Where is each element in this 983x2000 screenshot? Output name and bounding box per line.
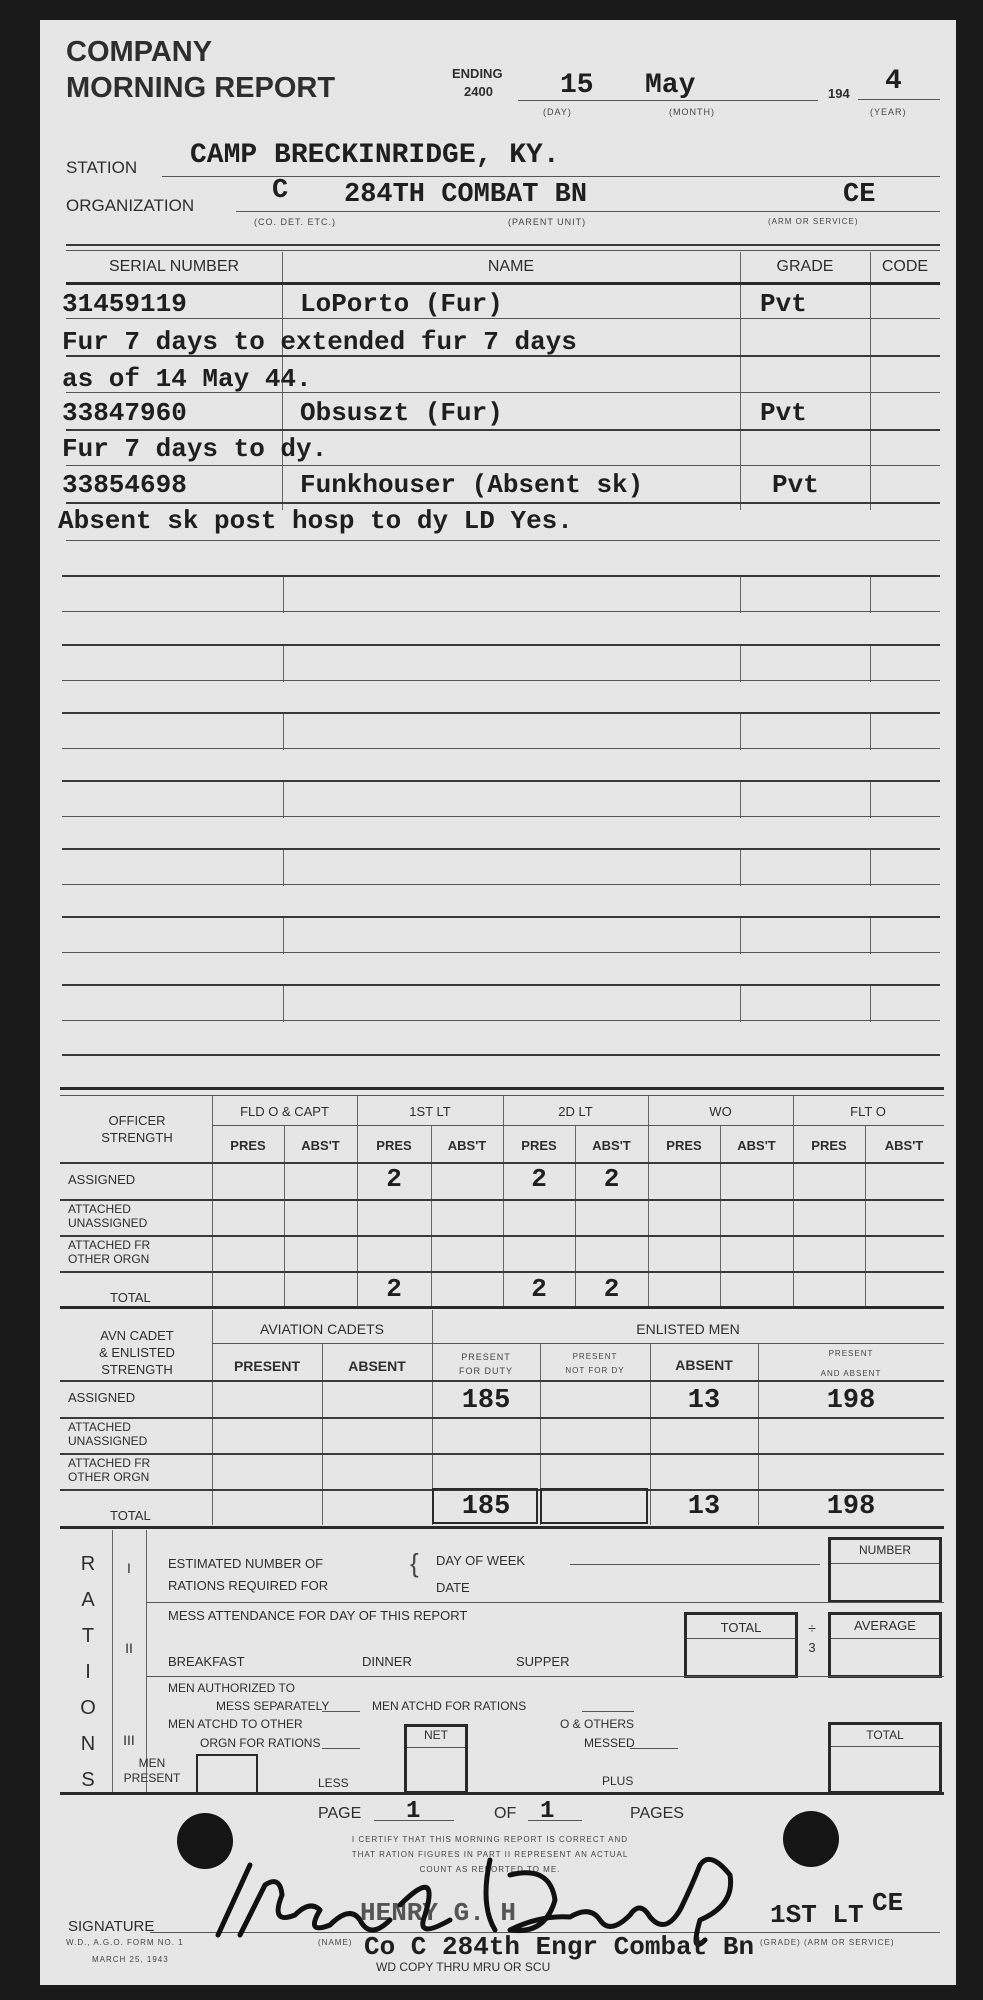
day-of-week-field[interactable]: [570, 1564, 820, 1565]
signature-label: SIGNATURE: [68, 1918, 154, 1935]
sub-abst: ABS'T: [865, 1138, 943, 1153]
less-label: LESS: [318, 1776, 349, 1790]
date-label: DATE: [436, 1580, 470, 1595]
col-code: CODE: [870, 258, 940, 276]
mess-separately-field[interactable]: [322, 1711, 360, 1712]
row-label-attached-fr-other: ATTACHED FR OTHER ORGN: [68, 1456, 150, 1484]
net-label: NET: [404, 1728, 468, 1742]
name-caption: (NAME): [318, 1938, 352, 1947]
section-ii-numeral: II: [112, 1640, 146, 1656]
soldier-grade: Pvt: [760, 398, 807, 428]
row-label-attached-fr-other: ATTACHED FR OTHER ORGN: [68, 1238, 150, 1266]
row-label-attached-unassigned: ATTACHED UNASSIGNED: [68, 1420, 147, 1448]
col-grade: GRADE: [740, 258, 870, 276]
parent-caption: (PARENT UNIT): [508, 217, 586, 227]
remark-line: Fur 7 days to dy.: [62, 434, 327, 464]
sub-abst: ABS'T: [284, 1138, 357, 1153]
officer-2d-lt-pres-total: 2: [503, 1274, 575, 1304]
row-label-attached-unassigned: ATTACHED UNASSIGNED: [68, 1202, 147, 1230]
enlisted-absent-assigned: 13: [650, 1386, 758, 1416]
mess-total-label: TOTAL: [684, 1620, 798, 1635]
others-label-1: O & OTHERS: [560, 1717, 634, 1731]
signer-arm: CE: [872, 1888, 903, 1918]
arm-caption: (ARM OR SERVICE): [768, 217, 859, 226]
enlisted-present-for-duty-assigned: 185: [432, 1386, 540, 1416]
men-present-label: MEN PRESENT: [104, 1756, 200, 1786]
signer-grade: 1ST LT: [770, 1900, 864, 1930]
soldier-name: LoPorto (Fur): [300, 289, 503, 319]
remark-line: Absent sk post hosp to dy LD Yes.: [58, 506, 573, 536]
org-parent-unit: 284TH COMBAT BN: [344, 180, 587, 210]
men-atchd-other-label-2: ORGN FOR RATIONS: [200, 1736, 320, 1750]
unit-line: Co C 284th Engr Combat Bn: [364, 1932, 754, 1962]
breakfast-label: BREAKFAST: [168, 1654, 245, 1669]
others-messed-field[interactable]: [630, 1748, 678, 1749]
station-label: STATION: [66, 158, 137, 178]
ending-label: ENDING: [452, 66, 503, 81]
orgn-for-rations-field[interactable]: [322, 1748, 360, 1749]
dinner-label: DINNER: [362, 1654, 412, 1669]
station-value: CAMP BRECKINRIDGE, KY.: [190, 140, 560, 171]
pages-label: PAGES: [630, 1805, 684, 1823]
average-label: AVERAGE: [828, 1618, 942, 1633]
group-2d-lt: 2D LT: [503, 1104, 648, 1119]
year-caption: (YEAR): [870, 107, 907, 117]
soldier-name: Funkhouser (Absent sk): [300, 470, 643, 500]
group-wo: WO: [648, 1104, 793, 1119]
enlisted-strength-title: AVN CADET & ENLISTED STRENGTH: [62, 1327, 212, 1378]
officer-2d-lt-abst-total: 2: [575, 1274, 648, 1304]
month-caption: (MONTH): [669, 107, 715, 117]
enlisted-absent-total: 13: [650, 1492, 758, 1522]
group-aviation-cadets: AVIATION CADETS: [212, 1321, 432, 1337]
officer-1st-lt-pres-assigned: 2: [357, 1164, 431, 1194]
ending-time: 2400: [464, 84, 493, 99]
sub-abst: ABS'T: [431, 1138, 503, 1153]
row-label-total: TOTAL: [110, 1508, 151, 1523]
soldier-name: Obsuszt (Fur): [300, 398, 503, 428]
report-year-digit: 4: [885, 66, 902, 97]
supper-label: SUPPER: [516, 1654, 569, 1669]
men-authorized-label-2: MESS SEPARATELY: [216, 1699, 329, 1713]
estimated-rations-label: ESTIMATED NUMBER OF RATIONS REQUIRED FOR: [168, 1553, 328, 1597]
soldier-grade: Pvt: [760, 289, 807, 319]
year-prefix: 194: [828, 86, 850, 101]
col-present-for-duty: PRESENT FOR DUTY: [432, 1350, 540, 1378]
officer-2d-lt-pres-assigned: 2: [503, 1164, 575, 1194]
enlisted-present-and-absent-assigned: 198: [758, 1386, 944, 1416]
brace-icon: {: [410, 1548, 419, 1579]
number-box-label: NUMBER: [828, 1543, 942, 1557]
serial-number: 31459119: [62, 289, 187, 319]
row-label-assigned: ASSIGNED: [68, 1390, 135, 1405]
officer-2d-lt-abst-assigned: 2: [575, 1164, 648, 1194]
sub-pres: PRES: [793, 1138, 865, 1153]
form-number: W.D., A.G.O. FORM NO. 1: [66, 1938, 184, 1947]
col-present-and-absent: PRESENT AND ABSENT: [758, 1344, 944, 1384]
report-day: 15: [560, 70, 594, 101]
rations-total-label: TOTAL: [828, 1728, 942, 1742]
sub-pres: PRES: [648, 1138, 720, 1153]
row-label-assigned: ASSIGNED: [68, 1172, 135, 1187]
copy-note: WD COPY THRU MRU OR SCU: [376, 1960, 550, 1974]
form-date: MARCH 25, 1943: [92, 1955, 169, 1964]
remark-line: Fur 7 days to extended fur 7 days: [62, 327, 577, 357]
col-cadets-present: PRESENT: [212, 1358, 322, 1374]
men-atchd-other-label-1: MEN ATCHD TO OTHER: [168, 1717, 303, 1731]
soldier-grade: Pvt: [772, 470, 819, 500]
men-atchd-rations-field[interactable]: [582, 1711, 634, 1712]
enlisted-present-and-absent-total: 198: [758, 1492, 944, 1522]
of-label: OF: [494, 1805, 516, 1823]
sub-abst: ABS'T: [720, 1138, 793, 1153]
sub-pres: PRES: [503, 1138, 575, 1153]
men-atchd-rations-label: MEN ATCHD FOR RATIONS: [372, 1699, 526, 1713]
men-present-box[interactable]: [196, 1754, 258, 1794]
col-serial-number: SERIAL NUMBER: [66, 258, 282, 276]
rations-side-label: R A T I O N S: [68, 1546, 108, 1798]
sub-pres: PRES: [357, 1138, 431, 1153]
serial-number: 33847960: [62, 398, 187, 428]
total-present-not-for-duty-box: [540, 1488, 648, 1524]
day-caption: (DAY): [543, 107, 572, 117]
col-cadets-absent: ABSENT: [322, 1358, 432, 1374]
group-flt-o: FLT O: [793, 1104, 943, 1119]
org-company: C: [272, 176, 288, 206]
group-1st-lt: 1ST LT: [357, 1104, 503, 1119]
col-present-not-for-duty: PRESENT NOT FOR DY: [540, 1350, 650, 1378]
officer-1st-lt-pres-total: 2: [357, 1274, 431, 1304]
grade-caption: (GRADE) (ARM OR SERVICE): [760, 1938, 895, 1947]
divide-icon: ÷: [800, 1620, 824, 1636]
group-enlisted-men: ENLISTED MEN: [432, 1321, 944, 1337]
form-title-line2: MORNING REPORT: [66, 72, 335, 104]
organization-label: ORGANIZATION: [66, 196, 194, 216]
enlisted-present-for-duty-total: 185: [432, 1492, 540, 1522]
report-month: May: [645, 70, 695, 101]
serial-number: 33854698: [62, 470, 187, 500]
officer-strength-title: OFFICER STRENGTH: [62, 1112, 212, 1146]
mess-attendance-title: MESS ATTENDANCE FOR DAY OF THIS REPORT: [168, 1608, 467, 1623]
page-label: PAGE: [318, 1805, 361, 1823]
group-fld-o-capt: FLD O & CAPT: [212, 1104, 357, 1119]
divisor: 3: [800, 1640, 824, 1655]
col-enlisted-absent: ABSENT: [650, 1357, 758, 1373]
plus-label: PLUS: [602, 1774, 633, 1788]
men-authorized-label-1: MEN AUTHORIZED TO: [168, 1681, 295, 1695]
section-i-numeral: I: [112, 1560, 146, 1576]
co-caption: (CO. DET. ETC.): [254, 217, 336, 227]
col-name: NAME: [282, 258, 740, 276]
section-iii-numeral: III: [112, 1732, 146, 1748]
org-arm: CE: [843, 180, 875, 210]
sub-pres: PRES: [212, 1138, 284, 1153]
remark-line: as of 14 May 44.: [62, 364, 312, 394]
form-title-line1: COMPANY: [66, 36, 212, 68]
day-of-week-label: DAY OF WEEK: [436, 1553, 525, 1568]
sub-abst: ABS'T: [575, 1138, 648, 1153]
others-label-2: MESSED: [584, 1736, 635, 1750]
row-label-total: TOTAL: [110, 1290, 151, 1305]
punch-hole-right: [783, 1811, 839, 1867]
